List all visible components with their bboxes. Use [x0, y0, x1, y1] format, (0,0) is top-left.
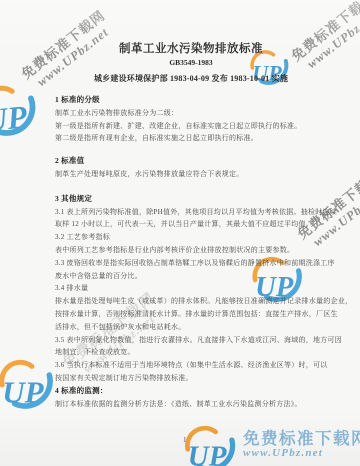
text-line: 取样 12 小时以上，可代表一天，并以当日产量计算，其最大值不应超过平均值。: [55, 218, 327, 231]
footer-site-url: www.UPbz.net: [243, 448, 360, 459]
logo-text: UP: [2, 374, 44, 409]
logo-text: UP: [188, 441, 227, 466]
up-logo-icon: UP: [0, 355, 58, 415]
text-line: 制革工业水污染物排放标准分为二级：: [55, 107, 327, 120]
text-line: 3.1 表上所列污染物标准值，除PH值外，其他项目均以月平均值为考核依据。抽检时…: [55, 206, 327, 219]
text-line: 3.5 表中所列氯化物数值，指进行农灌排水。凡直接排入下水道或江河、海域的，地方…: [55, 334, 327, 347]
text-line: 3.4 排水量: [55, 282, 327, 295]
logo-text: UP: [0, 98, 29, 138]
text-line: 地制宜，不检查或放宽。: [55, 346, 327, 359]
text-line: 活排水，但不包括锅炉灰水和电站耗水。: [55, 321, 327, 334]
text-line: 制订本标准依据的监测分析方法是：《造纸、制革工业水污染监测分析方法》。: [55, 398, 327, 411]
section-heading: 4 标准的监测：: [55, 385, 327, 398]
document-title: 制革工业水污染物排放标准: [55, 40, 327, 56]
up-logo-icon: UP: [0, 81, 45, 142]
footer-brand-name: 免费标准下载网: [243, 430, 360, 448]
text-line: 3.2 工艺参考指标: [55, 231, 327, 244]
document-header: 制革工业水污染物排放标准 GB3549-1983 城乡建设环境保护部 1983-…: [55, 40, 327, 84]
text-line: 表中所列工艺参考指标是行业内部考核评价企业排放控制状况的主要参数。: [55, 244, 327, 257]
text-line: 3.3 废铬回收率是指实际回收铬占制革铬鞣工序以及铬鞣后的静置挤水中和前期洗涤工…: [55, 257, 327, 270]
text-line: 排水量是指处理每吨生皮（或成革）的排水体积。凡能够按日准确测定并记录排水量的企业…: [55, 295, 327, 308]
text-line: 制革生产处理每吨原皮，水污染物排放量应符合下表规定。: [55, 168, 327, 181]
up-logo-icon: UP: [182, 425, 240, 466]
publication-line: 城乡建设环境保护部 1983-04-09 发布 1983-10-01 实施: [55, 73, 327, 84]
document-body: 1 标准的分级 制革工业水污染物排放标准分为二级： 第一级是指所有新建、扩建、改…: [55, 94, 327, 410]
text-line: 第一级是指所有新建、扩建、改建企业，自标准实施之日起立即执行的标准。: [55, 120, 327, 133]
footer-logo: UP: [182, 425, 240, 463]
text-line: 3.6 当执行本标准不适用于当地环境特点（如集中生活水源、经济渔业区等）时，可以: [55, 359, 327, 372]
text-line: 按排水量计算，否则按标准清耗水计算。排水量的计算范围包括：直接生产排水，厂区生: [55, 308, 327, 321]
footer-text: 免费标准下载网 www.UPbz.net: [243, 430, 360, 459]
section-heading: 1 标准的分级: [55, 94, 327, 107]
text-line: 废水中含铬总量的百分比。: [55, 270, 327, 283]
standard-code: GB3549-1983: [55, 58, 327, 67]
site-footer: UP 免费标准下载网 www.UPbz.net: [182, 425, 360, 463]
up-logo: UP: [0, 81, 45, 142]
section-heading: 2 标准值: [55, 155, 327, 168]
up-logo: UP: [0, 355, 58, 415]
section-heading: 3 其他规定: [55, 193, 327, 206]
text-line: 按国家有关规定制订地方污染物排放标准。: [55, 372, 327, 385]
text-line: 第二级是指所有现有企业，自标准实施之日起立即执行的标准。: [55, 132, 327, 145]
document-page: 免费标准下载网 www.UPbz.net 免费标准下载网 www.UPbz.ne…: [0, 0, 360, 466]
